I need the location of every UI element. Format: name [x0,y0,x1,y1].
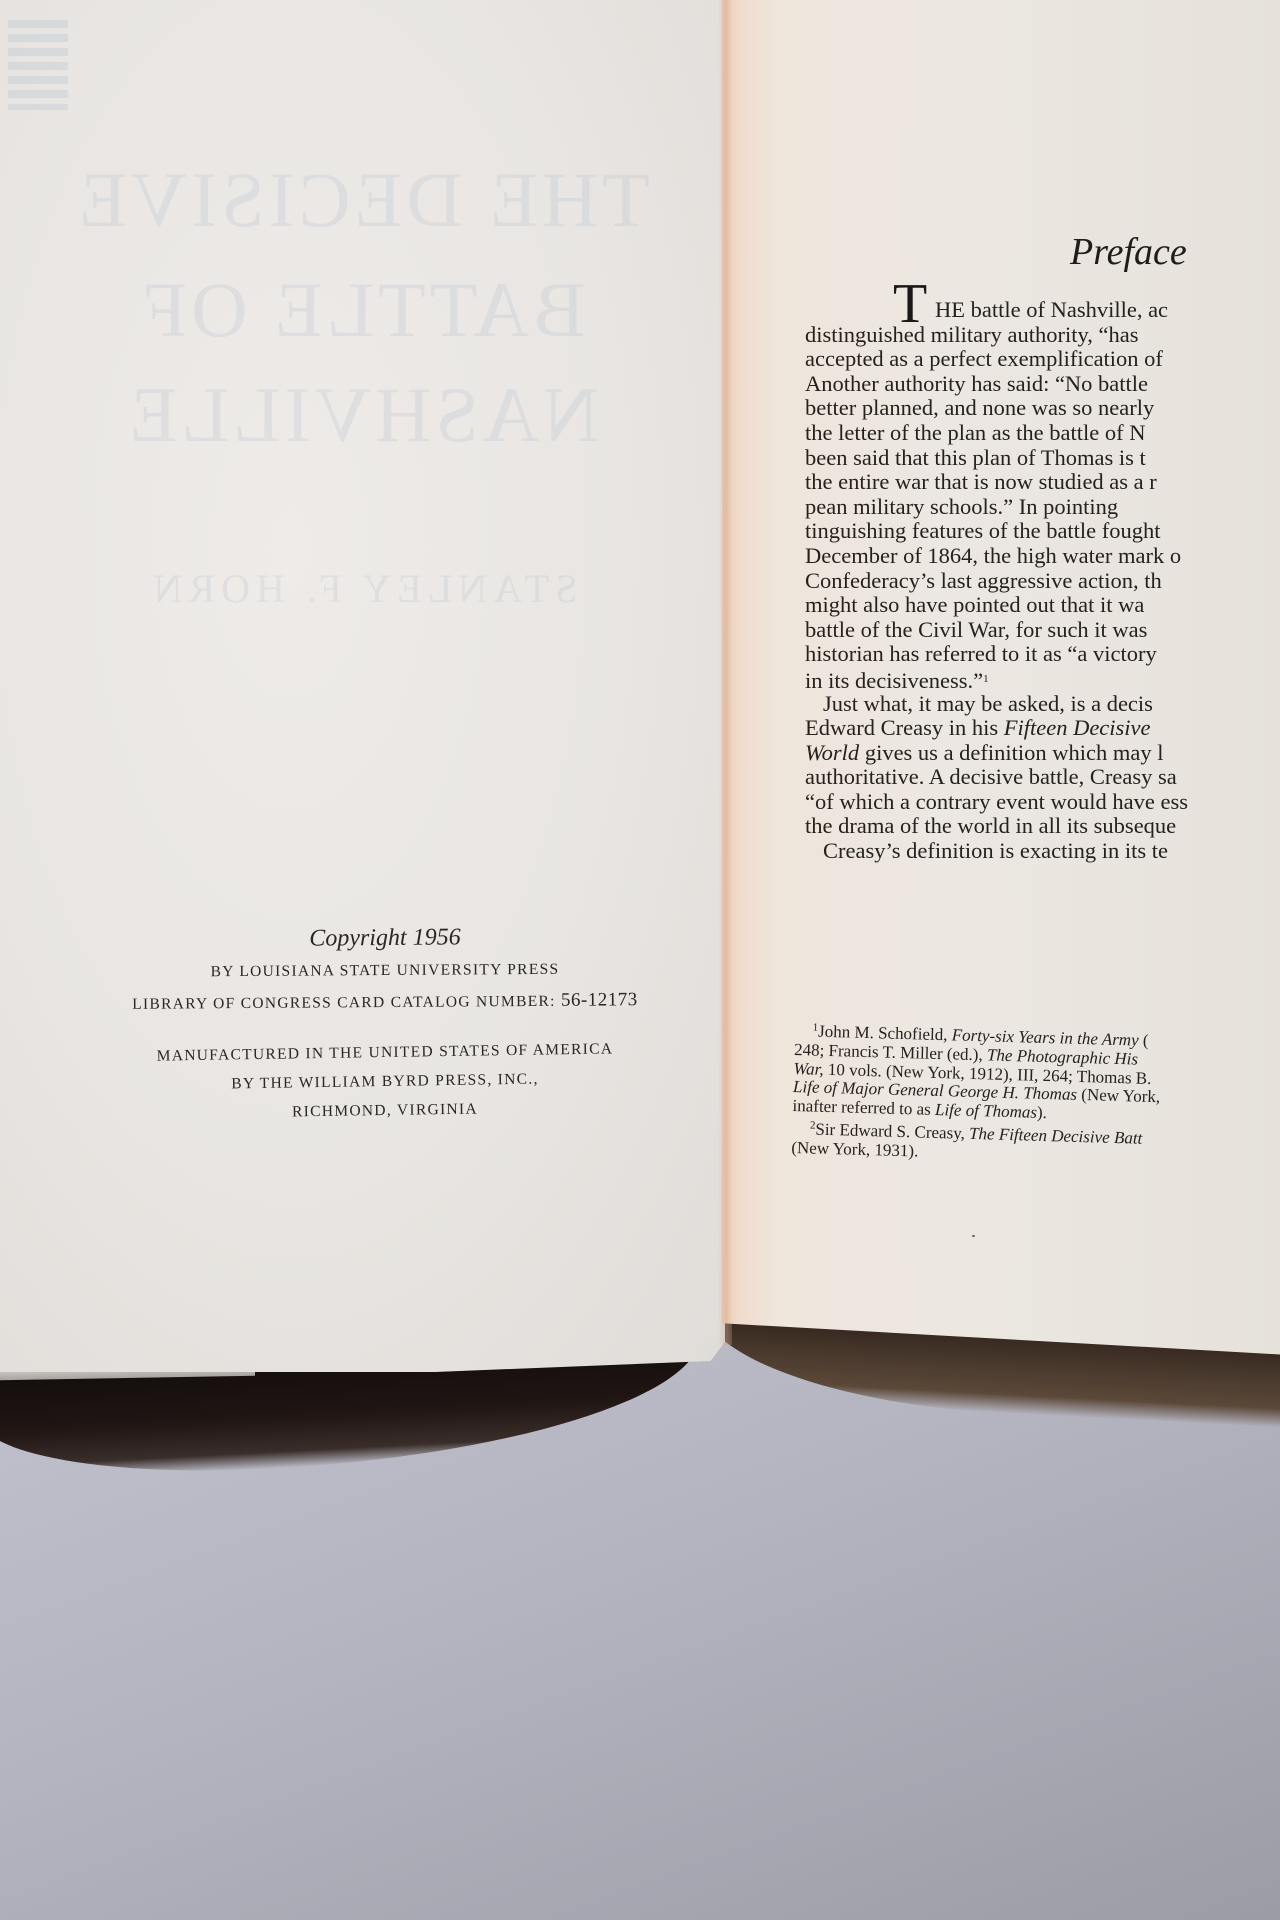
body-line: T HE battle of Nashville, ac [805,298,1280,323]
body-line: the letter of the plan as the battle of … [805,421,1280,446]
copyright-block: Copyright 1956 BY LOUISIANA STATE UNIVER… [60,925,710,1131]
preface-body: T HE battle of Nashville, ac distinguish… [805,298,1280,864]
preface-heading: Preface [1070,230,1187,274]
book-gutter [718,0,732,1345]
body-line: Just what, it may be asked, is a decis [805,692,1280,717]
body-line: Confederacy’s last aggressive action, th [805,569,1280,594]
body-line: in its decisiveness.”1 [805,667,1280,692]
body-line: World gives us a definition which may l [805,741,1280,766]
catalog-label: LIBRARY OF CONGRESS CARD CATALOG NUMBER: [132,993,556,1013]
drop-cap: T [893,276,927,332]
body-line: tinguishing features of the battle fough… [805,519,1280,544]
body-line: battle of the Civil War, for such it was [805,618,1280,643]
body-line: the drama of the world in all its subseq… [805,814,1280,839]
bleed-through-title-2: BATTLE OF [0,265,725,355]
footnote-ref-1: 1 [983,673,989,685]
body-line: might also have pointed out that it wa [805,593,1280,618]
bleed-through-title-1: THE DECISIVE [0,155,725,245]
italic-title: Fifteen Decisive [1004,715,1151,740]
body-line: Creasy’s definition is exacting in its t… [805,839,1280,864]
location-line: RICHMOND, VIRGINIA [60,1097,710,1125]
copyright-title: Copyright 1956 [60,922,710,955]
body-line: Edward Creasy in his Fifteen Decisive [805,716,1280,741]
body-line: Another authority has said: “No battle [805,372,1280,397]
bleed-through-author: STANLEY F. HORN [0,565,725,612]
body-line: accepted as a perfect exemplification of [805,347,1280,372]
printer-line: BY THE WILLIAM BYRD PRESS, INC., [60,1068,710,1096]
body-line: “of which a contrary event would have es… [805,790,1280,815]
publisher-line: BY LOUISIANA STATE UNIVERSITY PRESS [60,960,710,983]
body-line: the entire war that is now studied as a … [805,470,1280,495]
body-line: December of 1864, the high water mark o [805,544,1280,569]
left-page: THE DECISIVE BATTLE OF NASHVILLE STANLEY… [0,0,725,1372]
body-line: pean military schools.” In pointing [805,495,1280,520]
body-line: historian has referred to it as “a victo… [805,642,1280,667]
bleed-through-mark [8,20,68,110]
catalog-line: LIBRARY OF CONGRESS CARD CATALOG NUMBER:… [60,989,710,1016]
body-line: been said that this plan of Thomas is t [805,446,1280,471]
photo-scene: THE DECISIVE BATTLE OF NASHVILLE STANLEY… [0,0,1280,1920]
footnotes: 1John M. Schofield, Forty-six Years in t… [791,1018,1280,1175]
bleed-through-title-3: NASHVILLE [0,370,725,460]
body-line: authoritative. A decisive battle, Creasy… [805,765,1280,790]
catalog-number: 56-12173 [561,989,638,1011]
paper-speck [972,1235,975,1237]
body-line: distinguished military authority, “has [805,323,1280,348]
body-line: better planned, and none was so nearly [805,396,1280,421]
